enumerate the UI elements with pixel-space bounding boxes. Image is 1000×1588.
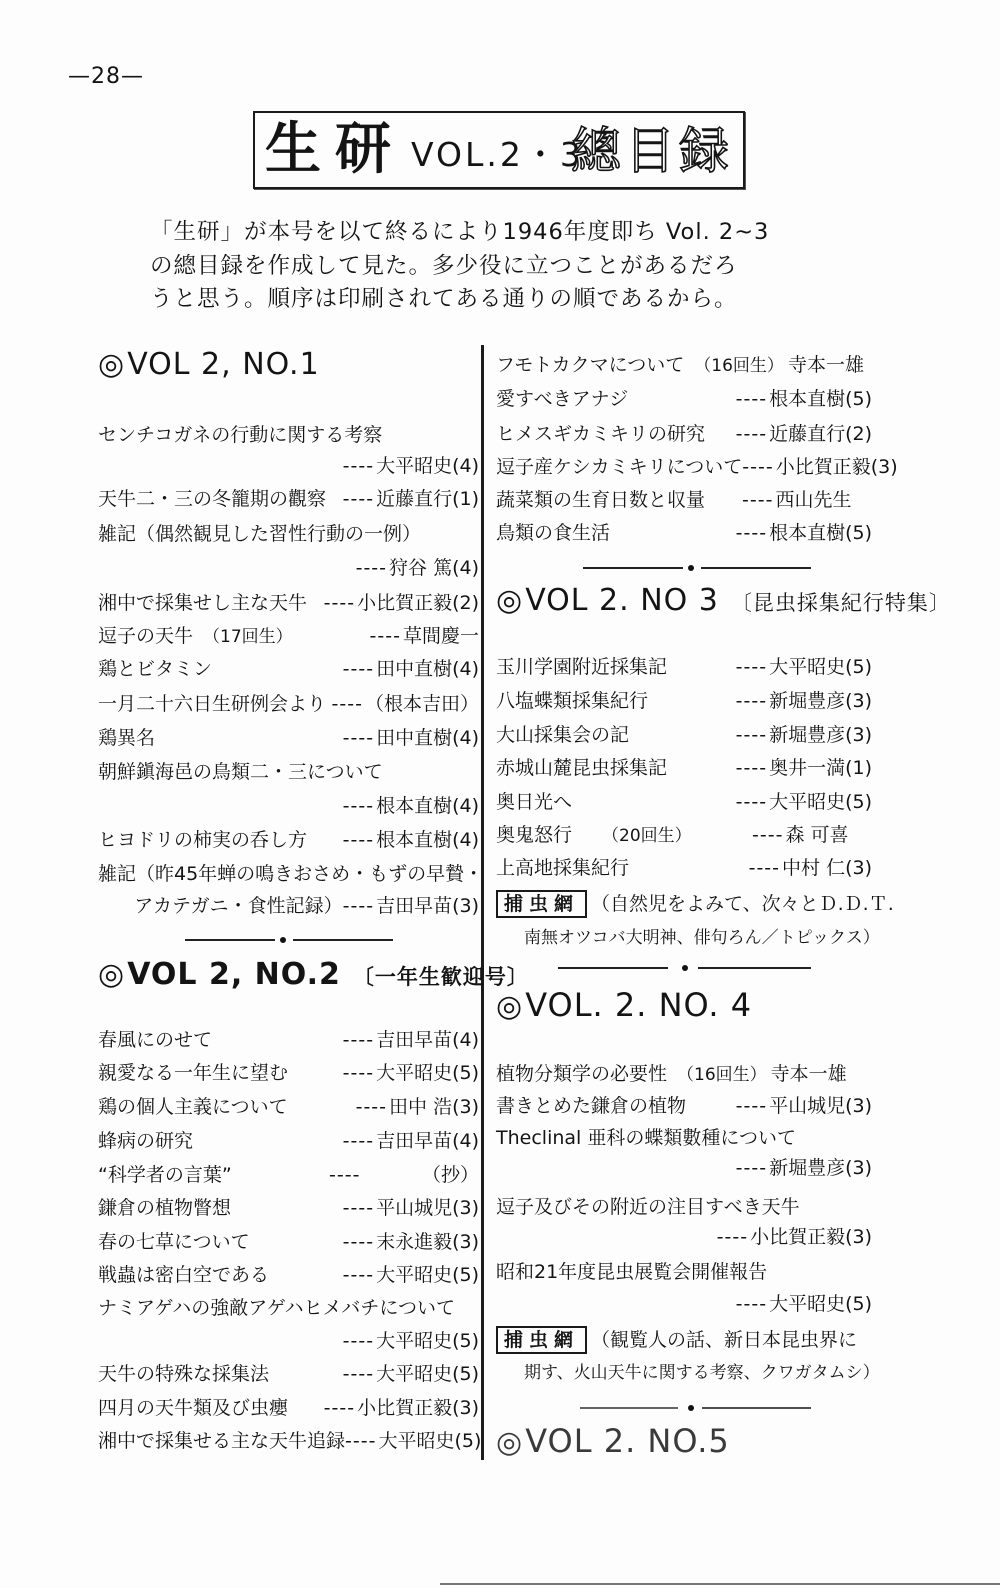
entry-title: 奥鬼怒行 xyxy=(496,824,572,846)
separator-line xyxy=(185,939,275,941)
issue-special-title: 〔昆虫採集紀行特集〕 xyxy=(731,591,951,615)
leader-dashes: ---- xyxy=(343,1062,374,1084)
entry-row: 天牛の特殊な採集法----大平昭史(5) xyxy=(98,1361,479,1387)
leader-dashes: ---- xyxy=(736,690,767,712)
issue-heading-vol2-no4: ◎VOL. 2. NO. 4 xyxy=(496,985,872,1025)
entry-author: （根本吉田） xyxy=(365,693,479,715)
entry-title: 鶏とビタミン xyxy=(98,656,212,682)
leader-dashes: ---- xyxy=(343,727,374,749)
double-circle-icon: ◎ xyxy=(98,347,125,382)
entry-author: 吉田早苗(4) xyxy=(376,1130,479,1152)
entry-row: 湘中で採集せし主な天牛----小比賀正毅(2) xyxy=(98,590,479,616)
entry-title: ヒメスギカミキリの研究 xyxy=(496,421,705,447)
entry-author: 大平昭史(5) xyxy=(376,1264,479,1286)
page-edge-line xyxy=(440,1583,1000,1585)
entry-author: 大平昭史(5) xyxy=(769,791,872,813)
heading-text: VOL 2. NO.5 xyxy=(525,1422,730,1460)
issue-heading-vol2-no3: ◎VOL 2. NO 3〔昆虫採集紀行特集〕 xyxy=(496,581,872,621)
leader-dashes: ---- xyxy=(742,489,773,511)
separator-line xyxy=(701,567,811,569)
leader-dashes: ---- xyxy=(343,455,374,477)
double-circle-icon: ◎ xyxy=(496,989,523,1024)
leader-dashes: ---- xyxy=(343,895,374,917)
entry-author-line: ----大平昭史(4) xyxy=(98,453,479,479)
entry-row: 愛すべきアナジ----根本直樹(5) xyxy=(496,386,872,412)
entry-row: 上高地採集紀行----中村 仁(3) xyxy=(496,855,872,881)
leader-dashes: ---- xyxy=(343,1130,374,1152)
section-separator xyxy=(580,1406,811,1410)
leader-dashes: ---- xyxy=(343,1197,374,1219)
entry-author: 田中 浩(3) xyxy=(389,1096,479,1118)
entry-title: 春の七草について xyxy=(98,1229,250,1255)
entry-row: 奥日光へ----大平昭史(5) xyxy=(496,789,872,815)
entry-author: 根本直樹(5) xyxy=(769,522,872,544)
entry-author: 大平昭史(5) xyxy=(378,1430,481,1452)
entry-title: 鶏異名 xyxy=(98,725,155,751)
entry-author: 奥井一満(1) xyxy=(769,757,872,779)
entry-title: ヒヨドリの柿実の呑し方 xyxy=(98,827,307,853)
entry-title: （自然児をよみて、次々とＤ.Ｄ.Ｔ. xyxy=(591,893,894,915)
leader-dashes: ---- xyxy=(370,625,401,647)
entry-row: 湘中で採集せる主な天牛追録----大平昭史(5) xyxy=(98,1428,479,1454)
entry-author-line: ----大平昭史(5) xyxy=(98,1328,479,1354)
entry-author: 小比賀正毅(2) xyxy=(357,592,479,614)
entry-title: 逗子産ケシカミキリについて xyxy=(496,454,742,480)
document-page: —28— 生研 VOL.2・3 總目録 「生研」が本号を以て終るにより1946年… xyxy=(0,0,1000,1588)
separator-dot xyxy=(688,565,694,571)
entry-title: 大山採集会の記 xyxy=(496,722,629,748)
entry-title: 鶏の個人主義について xyxy=(98,1094,288,1120)
separator-dot xyxy=(682,965,688,971)
entry-title: 雑記（偶然観見した習性行動の一例） xyxy=(98,521,479,547)
entry-row: ヒヨドリの柿実の呑し方----根本直樹(4) xyxy=(98,827,479,853)
entry-title: ナミアゲハの強敵アゲハヒメバチについて xyxy=(98,1295,479,1321)
issue-heading-vol2-no2: ◎VOL 2, NO.2〔一年生歓迎号〕 xyxy=(98,955,479,995)
entry-author-line: ----小比賀正毅(3) xyxy=(496,1224,872,1250)
entry-title-continued: アカテガニ・食性記録） xyxy=(134,895,342,917)
entry-author: 西山先生 xyxy=(775,489,851,511)
leader-dashes: ---- xyxy=(345,1430,376,1452)
entry-title: センチコガネの行動に関する考察 xyxy=(98,422,479,448)
leader-dashes: ---- xyxy=(736,522,767,544)
index-title: 總目録 xyxy=(571,121,733,181)
entry-author-line: アカテガニ・食性記録）----吉田早苗(3) xyxy=(98,893,479,919)
entry-title: 雑記（昨45年蝉の鳴きおさめ・もずの早贄・ xyxy=(98,861,479,887)
entry-note: （20回生） xyxy=(602,826,692,846)
leader-dashes: ---- xyxy=(736,656,767,678)
entry-author: 大平昭史(5) xyxy=(769,1293,872,1315)
leader-dashes: ---- xyxy=(343,658,374,680)
entry-row: 鶏の個人主義について----田中 浩(3) xyxy=(98,1094,479,1120)
entry-row: 四月の天牛類及び虫癭----小比賀正毅(3) xyxy=(98,1395,479,1421)
entry-title: 戦蟲は密白空である xyxy=(98,1262,269,1288)
entry-title: 八塩蝶類採集紀行 xyxy=(496,688,648,714)
entry-title: 逗子の天牛 xyxy=(98,625,193,647)
entry-author-line: ----新堀豊彦(3) xyxy=(496,1155,872,1181)
leader-dashes: ---- xyxy=(736,757,767,779)
leader-dashes: ---- xyxy=(356,1096,387,1118)
column-divider xyxy=(481,345,484,1460)
entry-title: （観覧人の話、新日本昆虫界に xyxy=(591,1329,857,1351)
entry-title: 蜂病の研究 xyxy=(98,1128,193,1154)
entry-title: Theclinal 亜科の蝶類數種について xyxy=(496,1125,872,1151)
entry-title: 朝鮮鎭海邑の鳥類二・三について xyxy=(98,759,479,785)
journal-title: 生研 xyxy=(265,117,405,183)
net-column-entry: 捕虫網（自然児をよみて、次々とＤ.Ｄ.Ｔ. xyxy=(496,889,872,919)
entry-row: “科学者の言葉”----（抄） xyxy=(98,1162,479,1188)
entry-row: 書きとめた鎌倉の植物----平山城児(3) xyxy=(496,1093,872,1119)
leader-dashes: ---- xyxy=(736,388,767,410)
entry-author: 小比賀正毅(3) xyxy=(750,1226,872,1248)
entry-title: 玉川学園附近採集記 xyxy=(496,654,667,680)
leader-dashes: ---- xyxy=(717,1226,748,1248)
net-column-label: 捕虫網 xyxy=(496,1326,587,1354)
entry-author: 大平昭史(5) xyxy=(769,656,872,678)
entry-title: フモトカクマについて xyxy=(496,354,684,376)
heading-text: VOL. 2. NO. 4 xyxy=(525,986,752,1024)
entry-title: 春風にのせて xyxy=(98,1027,212,1053)
entry-author: 平山城児(3) xyxy=(376,1197,479,1219)
entry-author: 大平昭史(4) xyxy=(376,455,479,477)
entry-note: （16回生） xyxy=(694,356,784,376)
entry-author: 大平昭史(5) xyxy=(376,1062,479,1084)
leader-dashes: ---- xyxy=(343,795,374,817)
separator-line xyxy=(702,1407,811,1409)
entry-title: 書きとめた鎌倉の植物 xyxy=(496,1093,686,1119)
entry-row: 蜂病の研究----吉田早苗(4) xyxy=(98,1128,479,1154)
entry-row: 蔬菜類の生育日数と収量----西山先生 xyxy=(496,487,872,513)
leader-dashes: ---- xyxy=(343,1363,374,1385)
separator-line xyxy=(580,1407,678,1409)
separator-dot xyxy=(688,1405,694,1411)
entry-row: 親愛なる一年生に望む----大平昭史(5) xyxy=(98,1060,479,1086)
volume-label: VOL.2・3 xyxy=(411,135,584,175)
leader-dashes: ---- xyxy=(324,1397,355,1419)
entry-author-line: ----狩谷 篤(4) xyxy=(98,555,479,581)
intro-line-3: うと思う。順序は印刷されてある通りの順であるから。 xyxy=(150,284,738,314)
entry-title: “科学者の言葉” xyxy=(98,1162,232,1188)
leader-dashes: ---- xyxy=(749,857,780,879)
leader-dashes: ---- xyxy=(736,724,767,746)
leader-dashes: ---- xyxy=(343,1330,374,1352)
entry-row: フモトカクマについて（16回生）寺本一雄 xyxy=(496,352,872,378)
entry-title: 植物分類学の必要性 xyxy=(496,1063,667,1085)
entry-author: 平山城児(3) xyxy=(769,1095,872,1117)
entry-author: 吉田早苗(4) xyxy=(376,1029,479,1051)
intro-line-1: 「生研」が本号を以て終るにより1946年度即ち Vol. 2~3 xyxy=(150,217,769,247)
entry-author: 狩谷 篤(4) xyxy=(389,557,479,579)
entry-title: 鎌倉の植物瞥想 xyxy=(98,1195,231,1221)
section-separator xyxy=(558,966,811,970)
entry-title-continued: 南無オツコバ大明神、俳句ろん／トピックス） xyxy=(496,925,900,951)
entry-author: 中村 仁(3) xyxy=(782,857,872,879)
net-column-entry: 捕虫網（観覧人の話、新日本昆虫界に xyxy=(496,1325,872,1355)
entry-author: 小比賀正毅(3) xyxy=(357,1397,479,1419)
entry-title: 蔬菜類の生育日数と収量 xyxy=(496,487,705,513)
entry-title: 湘中で採集せる主な天牛追録 xyxy=(98,1428,345,1454)
separator-line xyxy=(293,939,393,941)
entry-row: 八塩蝶類採集紀行----新堀豊彦(3) xyxy=(496,688,872,714)
leader-dashes: ---- xyxy=(324,592,355,614)
entry-author: 根本直樹(4) xyxy=(376,795,479,817)
entry-row: 赤城山麓昆虫採集記----奥井一満(1) xyxy=(496,755,872,781)
separator-line xyxy=(558,967,668,969)
leader-dashes: ---- xyxy=(343,1029,374,1051)
leader-dashes: ---- xyxy=(356,557,387,579)
section-separator xyxy=(185,938,393,942)
leader-dashes: ---- xyxy=(736,791,767,813)
entry-row: 一月二十六日生研例会より----（根本吉田） xyxy=(98,691,479,717)
separator-line xyxy=(698,967,811,969)
entry-author: 大平昭史(5) xyxy=(376,1330,479,1352)
entry-author: 末永進毅(3) xyxy=(376,1231,479,1253)
leader-dashes: ---- xyxy=(742,456,773,478)
entry-author: （抄） xyxy=(422,1162,479,1188)
section-separator xyxy=(583,566,811,570)
entry-author: 根本直樹(4) xyxy=(376,829,479,851)
entry-row: 鎌倉の植物瞥想----平山城児(3) xyxy=(98,1195,479,1221)
entry-title: 天牛の特殊な採集法 xyxy=(98,1361,269,1387)
heading-text: VOL 2. NO 3 xyxy=(525,583,719,618)
entry-author: 田中直樹(4) xyxy=(376,658,479,680)
entry-note: （17回生） xyxy=(203,627,293,647)
entry-title: 湘中で採集せし主な天牛 xyxy=(98,590,307,616)
leader-dashes: ---- xyxy=(343,488,374,510)
entry-author: 根本直樹(5) xyxy=(769,388,872,410)
entry-row: 鳥類の食生活----根本直樹(5) xyxy=(496,520,872,546)
entry-author: 草間慶一 xyxy=(403,625,479,647)
entry-title: 赤城山麓昆虫採集記 xyxy=(496,755,667,781)
entry-author-line: ----根本直樹(4) xyxy=(98,793,479,819)
entry-author: 森 可喜 xyxy=(785,824,848,846)
separator-line xyxy=(583,567,683,569)
leader-dashes: ---- xyxy=(752,824,783,846)
entry-row: 春風にのせて----吉田早苗(4) xyxy=(98,1027,479,1053)
leader-dashes: ---- xyxy=(736,1095,767,1117)
entry-row: 大山採集会の記----新堀豊彦(3) xyxy=(496,722,872,748)
double-circle-icon: ◎ xyxy=(98,957,125,992)
entry-row: 逗子の天牛（17回生）----草間慶一 xyxy=(98,623,479,649)
entry-author: 近藤直行(1) xyxy=(376,488,479,510)
entry-row: 奥鬼怒行（20回生）----森 可喜 xyxy=(496,822,872,848)
leader-dashes: ---- xyxy=(329,1162,360,1188)
entry-row: ヒメスギカミキリの研究----近藤直行(2) xyxy=(496,421,872,447)
leader-dashes: ---- xyxy=(343,1264,374,1286)
entry-title: 天牛二・三の冬籠期の觀察 xyxy=(98,486,326,512)
entry-author: 新堀豊彦(3) xyxy=(769,1157,872,1179)
double-circle-icon: ◎ xyxy=(496,1425,523,1460)
entry-row: 戦蟲は密白空である----大平昭史(5) xyxy=(98,1262,479,1288)
entry-title-continued: 期す、火山天牛に関する考察、クワガタムシ） xyxy=(496,1360,900,1386)
entry-row: 逗子産ケシカミキリについて----小比賀正毅(3) xyxy=(496,454,872,480)
entry-author: 田中直樹(4) xyxy=(376,727,479,749)
leader-dashes: ---- xyxy=(343,829,374,851)
entry-author: 新堀豊彦(3) xyxy=(769,724,872,746)
entry-row: 植物分類学の必要性（16回生）寺本一雄 xyxy=(496,1061,872,1087)
issue-heading-vol2-no1: ◎VOL 2, NO.1 xyxy=(98,345,479,385)
page-number: —28— xyxy=(68,64,144,89)
leader-dashes: ---- xyxy=(332,693,363,715)
entry-note: （16回生） xyxy=(677,1065,767,1085)
entry-author-line: ----大平昭史(5) xyxy=(496,1291,872,1317)
entry-author: 近藤直行(2) xyxy=(769,423,872,445)
intro-line-2: の總目録を作成して見た。多少役に立つことがあるだろ xyxy=(150,251,738,281)
entry-title: 四月の天牛類及び虫癭 xyxy=(98,1395,288,1421)
entry-title: 愛すべきアナジ xyxy=(496,386,628,412)
entry-row: 天牛二・三の冬籠期の觀察----近藤直行(1) xyxy=(98,486,479,512)
entry-row: 春の七草について----末永進毅(3) xyxy=(98,1229,479,1255)
entry-author: 吉田早苗(3) xyxy=(376,895,479,917)
leader-dashes: ---- xyxy=(736,1293,767,1315)
entry-title: 昭和21年度昆虫展覧会開催報告 xyxy=(496,1259,872,1285)
entry-author: 小比賀正毅(3) xyxy=(776,456,898,478)
entry-title: 一月二十六日生研例会より xyxy=(98,691,326,717)
entry-title: 親愛なる一年生に望む xyxy=(98,1060,288,1086)
heading-text: VOL 2, NO.2 xyxy=(127,957,341,992)
entry-author: 新堀豊彦(3) xyxy=(769,690,872,712)
issue-heading-vol2-no5: ◎VOL 2. NO.5 xyxy=(496,1421,872,1461)
entry-author: 寺本一雄 xyxy=(771,1063,847,1085)
title-box: 生研 VOL.2・3 總目録 xyxy=(253,111,745,189)
leader-dashes: ---- xyxy=(343,1231,374,1253)
heading-text: VOL 2, NO.1 xyxy=(127,347,319,382)
entry-row: 玉川学園附近採集記----大平昭史(5) xyxy=(496,654,872,680)
entry-row: 鶏異名----田中直樹(4) xyxy=(98,725,479,751)
entry-row: 鶏とビタミン----田中直樹(4) xyxy=(98,656,479,682)
entry-author: 寺本一雄 xyxy=(788,354,864,376)
entry-title: 鳥類の食生活 xyxy=(496,520,610,546)
entry-title: 上高地採集紀行 xyxy=(496,855,629,881)
double-circle-icon: ◎ xyxy=(496,583,523,618)
net-column-label: 捕虫網 xyxy=(496,890,587,918)
leader-dashes: ---- xyxy=(736,1157,767,1179)
entry-title: 奥日光へ xyxy=(496,789,572,815)
entry-title: 逗子及びその附近の注目すべき天牛 xyxy=(496,1194,872,1220)
leader-dashes: ---- xyxy=(736,423,767,445)
separator-dot xyxy=(280,937,286,943)
entry-author: 大平昭史(5) xyxy=(376,1363,479,1385)
